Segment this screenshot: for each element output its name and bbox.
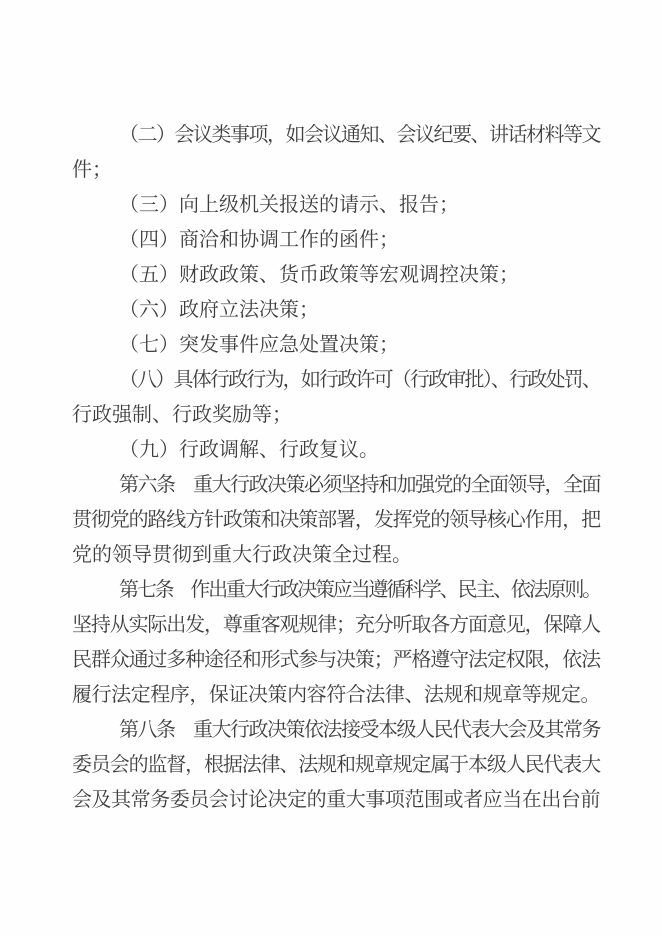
text-line-content: 坚持从实际出发，尊重客观规律；充分听取各方面意见，保障人 bbox=[72, 608, 600, 643]
text-line: 履行法定程序，保证决策内容符合法律、法规和规章等规定。 bbox=[72, 678, 600, 713]
document-page: （二）会议类事项，如会议通知、会议纪要、讲话材料等文件；（三）向上级机关报送的请… bbox=[0, 0, 662, 936]
text-line: （三）向上级机关报送的请示、报告； bbox=[72, 188, 600, 223]
text-line: （九）行政调解、行政复议。 bbox=[72, 433, 600, 468]
text-line: 第六条 重大行政决策必须坚持和加强党的全面领导，全面 bbox=[72, 468, 600, 503]
text-line-content: 党的领导贯彻到重大行政决策全过程。 bbox=[72, 538, 412, 573]
text-line: 件； bbox=[72, 153, 600, 188]
text-line: 党的领导贯彻到重大行政决策全过程。 bbox=[72, 538, 600, 573]
text-line: 民群众通过多种途径和形式参与决策；严格遵守法定权限，依法 bbox=[72, 643, 600, 678]
text-line: （八）具体行政行为，如行政许可（行政审批）、行政处罚、 bbox=[72, 363, 600, 398]
text-line-content: 贯彻党的路线方针政策和决策部署，发挥党的领导核心作用，把 bbox=[72, 503, 600, 538]
text-line-content: 履行法定程序，保证决策内容符合法律、法规和规章等规定。 bbox=[72, 678, 600, 713]
page-root: { "page": { "background": "#fefefe", "te… bbox=[0, 0, 662, 936]
text-line-content: （五）财政政策、货币政策等宏观调控决策； bbox=[119, 258, 519, 293]
text-line: 坚持从实际出发，尊重客观规律；充分听取各方面意见，保障人 bbox=[72, 608, 600, 643]
text-line: （七）突发事件应急处置决策； bbox=[72, 328, 600, 363]
text-line: 第八条 重大行政决策依法接受本级人民代表大会及其常务 bbox=[72, 713, 600, 748]
text-line-content: 第六条 重大行政决策必须坚持和加强党的全面领导，全面 bbox=[119, 468, 600, 503]
text-line: （五）财政政策、货币政策等宏观调控决策； bbox=[72, 258, 600, 293]
text-line: 第七条 作出重大行政决策应当遵循科学、民主、依法原则。 bbox=[72, 573, 600, 608]
text-line-content: 委员会的监督，根据法律、法规和规章规定属于本级人民代表大 bbox=[72, 748, 600, 783]
text-line-content: 第八条 重大行政决策依法接受本级人民代表大会及其常务 bbox=[119, 713, 600, 748]
text-line-content: （七）突发事件应急处置决策； bbox=[119, 328, 399, 363]
text-line-content: （八）具体行政行为，如行政许可（行政审批）、行政处罚、 bbox=[119, 363, 600, 398]
text-line-content: （四）商洽和协调工作的函件； bbox=[119, 223, 399, 258]
text-line-content: 行政强制、行政奖励等； bbox=[72, 398, 292, 433]
text-line-content: （三）向上级机关报送的请示、报告； bbox=[119, 188, 459, 223]
text-line: （二）会议类事项，如会议通知、会议纪要、讲话材料等文 bbox=[72, 118, 600, 153]
text-line-content: （二）会议类事项，如会议通知、会议纪要、讲话材料等文 bbox=[119, 118, 600, 153]
text-line-content: 第七条 作出重大行政决策应当遵循科学、民主、依法原则。 bbox=[119, 573, 600, 608]
text-line-content: （九）行政调解、行政复议。 bbox=[119, 433, 379, 468]
text-line: 贯彻党的路线方针政策和决策部署，发挥党的领导核心作用，把 bbox=[72, 503, 600, 538]
text-line: 委员会的监督，根据法律、法规和规章规定属于本级人民代表大 bbox=[72, 748, 600, 783]
text-line-content: 会及其常务委员会讨论决定的重大事项范围或者应当在出台前 bbox=[72, 783, 600, 818]
text-line-content: 件； bbox=[72, 153, 112, 188]
text-line-content: （六）政府立法决策； bbox=[119, 293, 319, 328]
text-line: （六）政府立法决策； bbox=[72, 293, 600, 328]
text-line-content: 民群众通过多种途径和形式参与决策；严格遵守法定权限，依法 bbox=[72, 643, 600, 678]
text-line: （四）商洽和协调工作的函件； bbox=[72, 223, 600, 258]
text-line: 会及其常务委员会讨论决定的重大事项范围或者应当在出台前 bbox=[72, 783, 600, 818]
document-body: （二）会议类事项，如会议通知、会议纪要、讲话材料等文件；（三）向上级机关报送的请… bbox=[72, 118, 600, 818]
text-line: 行政强制、行政奖励等； bbox=[72, 398, 600, 433]
